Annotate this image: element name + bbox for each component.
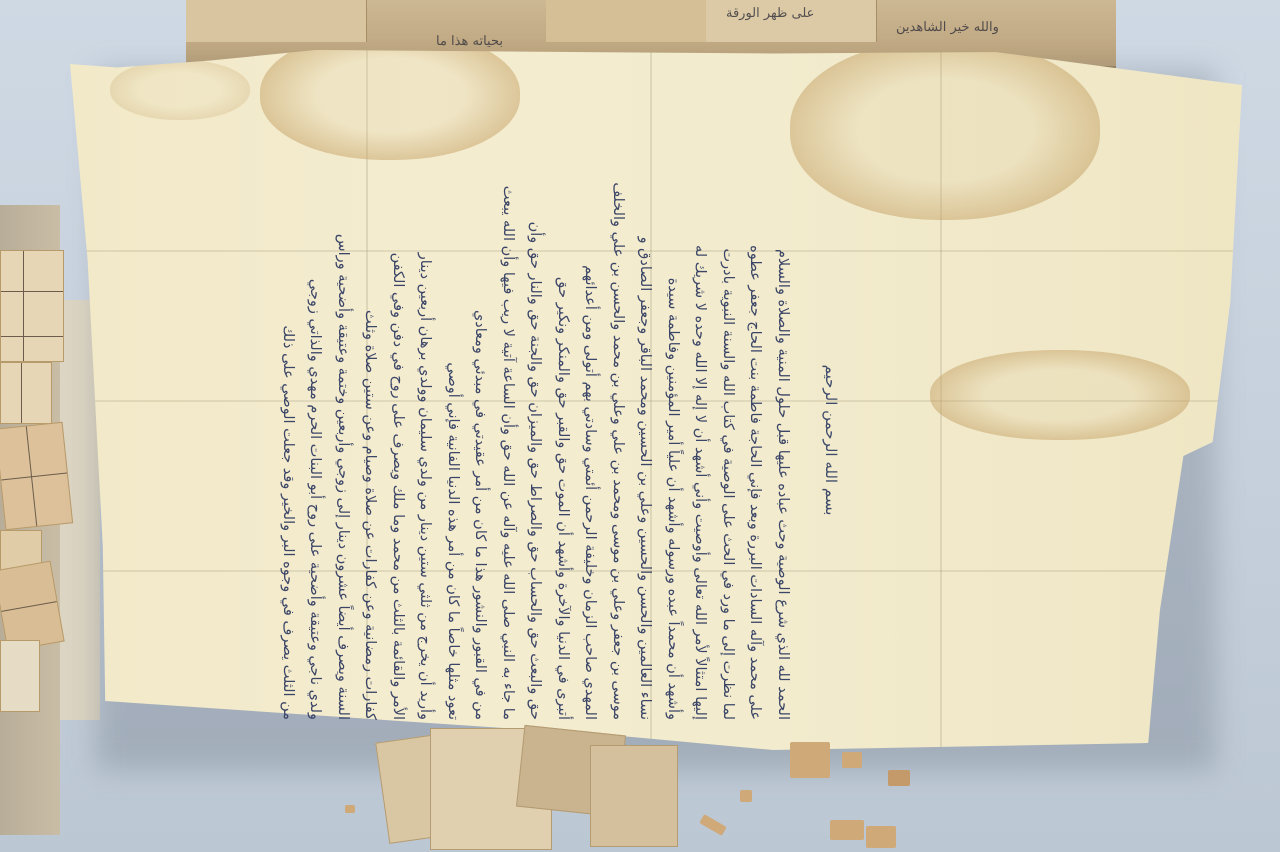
strip-text: والله خير الشاهدين: [896, 20, 999, 35]
text-line: كفارات رمضانية وعن كفارات عن صلاة وصيام …: [356, 160, 384, 720]
strip-text: على ظهر الورقة: [726, 6, 814, 21]
text-line: المهدي صاحب الزمان وخليفة الرحمن أئمتي و…: [576, 160, 604, 720]
paper-chip: [345, 805, 355, 813]
gridded-fragment: [0, 250, 64, 362]
text-line: وأشهد أن محمداً عبده ورسوله وأشهد أن علي…: [659, 160, 687, 720]
water-stain: [930, 350, 1190, 440]
rotated-text: بسم الله الرحمن الرحيم الحمد لله الذي شر…: [220, 160, 840, 720]
paper-chip: [740, 790, 752, 802]
text-line: موسى بن جعفر وعلي بن موسى ومحمد بن علي و…: [604, 160, 632, 720]
text-line: حق والبعث حق والحساب حق والصراط حق والمي…: [521, 160, 549, 720]
text-lines: الحمد لله الذي شرع الوصية وحث عباده عليه…: [274, 160, 797, 720]
torn-fragment: [590, 745, 678, 847]
text-line: من الثلث يصرف في وجوه البر والخير وقد جع…: [274, 160, 302, 720]
text-line: نساء العالمين والحسن والحسين وعلي بن الح…: [631, 160, 659, 720]
text-line: أتبرى في الدنيا والآخرة وأشهد أن الموت ح…: [549, 160, 577, 720]
document-text-block: بسم الله الرحمن الرحيم الحمد لله الذي شر…: [240, 160, 800, 760]
paper-chip: [790, 742, 830, 778]
text-line: السنة ويصرف أيضاً عشرون دينار إلى زوجي و…: [329, 160, 357, 720]
paper-fragment: [0, 640, 40, 712]
strip-tear: [546, 0, 707, 42]
text-line: الحمد لله الذي شرع الوصية وحث عباده عليه…: [769, 160, 797, 720]
paper-chip: [866, 826, 896, 848]
text-line: لما نظرت إلى ما ورد في الحث على الوصية ف…: [714, 160, 742, 720]
text-line: من في القبور والنشور هذا ما كان من أمر ع…: [466, 160, 494, 720]
paper-chip: [830, 820, 864, 840]
text-line: الأمر والقائمة بالثلث من محمد وما ملك وي…: [384, 160, 412, 720]
paper-chip: [888, 770, 910, 786]
text-line: وأريد أن يخرج من ثلثي ستين دينار من ولدي…: [411, 160, 439, 720]
text-line: ولدي ناجي وعتيقة وأضحية على روح أبو البن…: [301, 160, 329, 720]
text-line: على محمد وآله السادات البررة وبعد فإني ا…: [741, 160, 769, 720]
basmala: بسم الله الرحمن الرحيم: [822, 160, 840, 720]
strip-tear: [186, 0, 367, 42]
gridded-fragment: [0, 362, 52, 424]
strip-text: بحياته هذا ما: [436, 34, 503, 49]
paper-chip: [842, 752, 862, 768]
text-line: ما جاء به النبي صلى الله عليه وآله عن ال…: [494, 160, 522, 720]
text-line: تعود مثلها خاصاً ما كان من أمر هذه الدني…: [439, 160, 467, 720]
text-line: إليها امتثالاً لأمر الله تعالى وأوصيت وأ…: [686, 160, 714, 720]
water-stain: [110, 60, 250, 120]
stained-fragment: [0, 422, 73, 531]
